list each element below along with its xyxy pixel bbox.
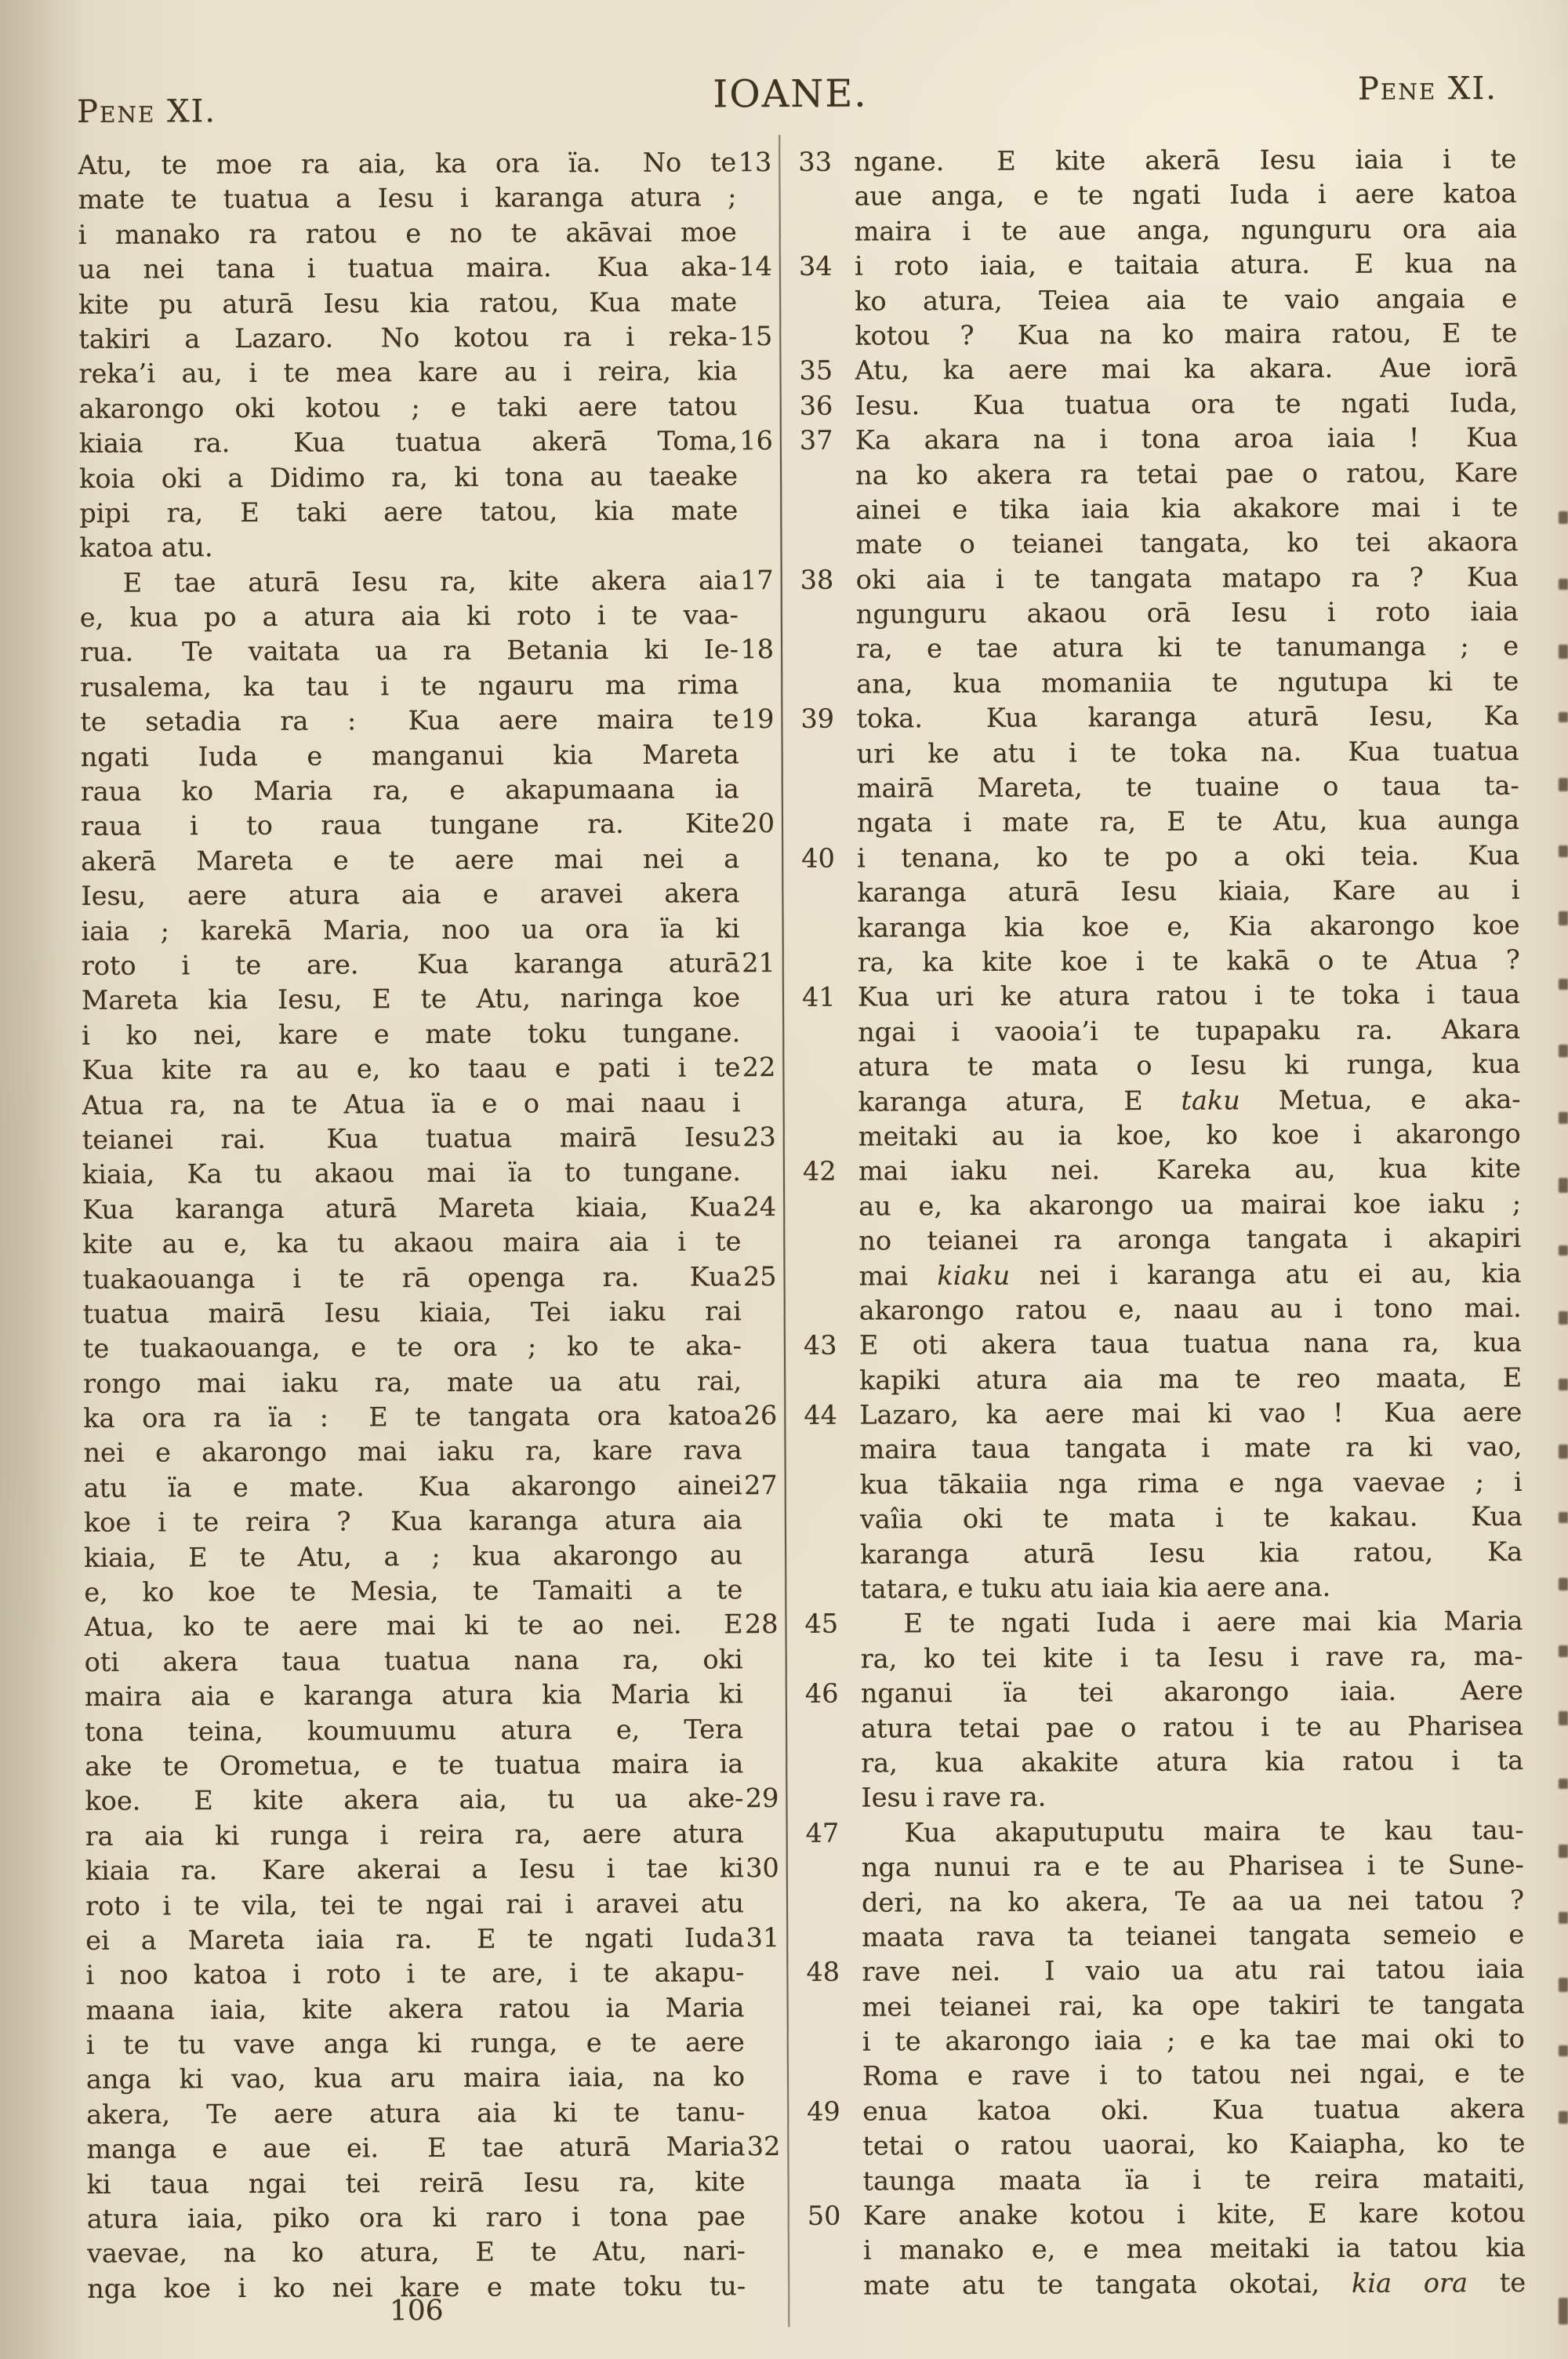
verse-text: karanga aturā Iesu kia ratou, Ka [860,1535,1523,1572]
text-line: atu ïa e mate. Kua akarongo ainei27 [84,1468,778,1506]
verse-text: takiri a Lazaro. No kotou ra i reka- [78,319,737,357]
verse-text: karanga aturā Iesu kiaia, Kare au i [857,873,1519,911]
text-line: 38oki aia i te tangata matapo ra ? Kua [799,560,1519,598]
verse-text: mate atu te tangata okotai, kia ora te [863,2266,1526,2303]
text-line: aue anga, e te ngati Iuda i aere katoa [797,176,1516,214]
text-line: 35Atu, ka aere mai ka akara. Aue iorā [797,351,1517,388]
verse-number [801,1120,858,1155]
verse-number: 27 [742,1468,778,1503]
verse-text: manga e aue ei. E tae aturā Maria [86,2129,745,2167]
text-line: ngai i vaooia’i te tupapaku ra. Akara [800,1012,1520,1050]
verse-number: 42 [801,1154,858,1190]
running-header-left: Pene XI. [77,93,216,130]
verse-text: maira i te aue anga, ngunguru ora aia [855,212,1517,249]
verse-number: 36 [798,388,855,423]
verse-number [802,1293,859,1329]
verse-text: rave nei. I vaio ua atu rai tatou iaia [862,1952,1524,1990]
edge-ink-fragment [1559,579,1568,590]
verse-text: Kua kite ra au e, ko taau e pati i te [82,1050,740,1088]
edge-ink-fragment [1559,712,1568,722]
verse-number [742,1294,777,1329]
text-line: i te akarongo iaia ; e ka tae mai oki to [805,2022,1525,2059]
verse-number [743,1747,779,1782]
verse-number [800,736,857,772]
verse-text: i te tu vave anga ki runga, e te aere [86,2025,745,2063]
text-line: E tae aturā Iesu ra, kite akera aia17 [80,563,774,601]
verse-text: E oti akera taua tuatua nana ra, kua [859,1325,1522,1363]
verse-text: akerā Mareta e te aere mai nei a [81,841,739,879]
verse-text: tatara, e tuku atu iaia kia aere ana. [860,1569,1523,1607]
verse-text: maata rava ta teianei tangata semeio e [862,1917,1524,1955]
edge-ink-fragment [1559,511,1568,524]
verse-number: 38 [799,562,856,598]
edge-ink-fragment [1559,1779,1568,1789]
edge-ink-fragment [1559,845,1568,857]
verse-text: mai kiaku nei i karanga atu ei au, kia [858,1256,1521,1293]
text-line: ngati Iuda e manganui kia Mareta [81,737,775,775]
verse-text: pipi ra, E taki aere tatou, kia mate [79,493,738,531]
verse-number [799,667,856,702]
verse-text: maira aia e karanga atura kia Maria ki [85,1677,743,1714]
verse-text: mate o teianei tangata, ko tei akaora [855,525,1518,562]
text-line: kua tākaiia nga rima e nga vaevae ; i [803,1465,1523,1503]
verse-number: 13 [736,145,771,180]
book-title-header: IOANE. [398,71,1182,118]
edge-ink-fragment [1559,1445,1568,1459]
verse-number [738,493,773,529]
verse-number [800,911,858,946]
verse-number [739,772,775,807]
text-line: kotou ? Kua na ko maira ratou, E te [797,316,1517,354]
text-line: kapiki atura aia ma te reo maata, E [802,1361,1522,1398]
verse-text: Ka akara na i tona aroa iaia ! Kua [855,420,1518,458]
edge-ink-fragment [1559,1379,1568,1390]
verse-number: 48 [804,1955,862,1990]
verse-text: tetai o ratou uaorai, ko Kaiapha, ko te [862,2126,1525,2164]
verse-number [801,1259,858,1294]
edge-ink-fragment [1559,1245,1568,1256]
verse-number [742,1329,777,1364]
verse-text: ngata i mate ra, E te Atu, kua aunga [857,803,1519,841]
text-line: 47Kua akaputuputu maira te kau tau- [804,1813,1524,1851]
verse-text: E tae aturā Iesu ra, kite akera aia [80,563,739,601]
edge-ink-fragment [1559,1711,1568,1725]
page-number: 106 [87,2293,746,2328]
verse-text: toka. Kua karanga aturā Iesu, Ka [856,699,1519,736]
verse-text: Mareta kia Iesu, E te Atu, naringa koe [82,981,740,1019]
verse-text: reka’i au, i te mea kare au i reira, kia [78,354,737,392]
text-line: anga ki vao, kua aru maira iaia, na ko [86,2060,780,2098]
verse-number [804,1781,861,1816]
verse-text: Atu, ka aere mai ka akara. Aue iorā [855,351,1517,388]
verse-number: 14 [737,249,772,285]
text-line: kiaia, Ka tu akaou mai ïa to tungane. [82,1154,776,1192]
text-line: ka ora ra ïa : E te tangata ora katoa26 [83,1398,777,1436]
verse-text: atura tetai pae o ratou i te au Pharisea [861,1708,1523,1746]
text-line: kite au e, ka tu akaou maira aia i te [82,1224,776,1262]
verse-number [741,1154,776,1190]
verse-number: 31 [744,1921,779,1956]
verse-number [800,1085,858,1120]
text-line: Atua, ko te aere mai ki te ao nei. E28 [84,1607,778,1645]
verse-number [744,1886,779,1921]
verse-text: raua i to raua tungane ra. Kite [81,807,739,845]
text-line: Atu, te moe ra aia, ka ora ïa. No te13 [78,145,771,183]
verse-text: te tuakaouanga, e te ora ; ko te aka- [83,1329,742,1367]
edge-ink-fragment [1559,1178,1568,1193]
verse-number: 25 [741,1259,776,1295]
text-line: 42mai iaku nei. Kareka au, kua kite [801,1151,1521,1189]
verse-number: 16 [738,423,773,459]
verse-text: maana iaia, kite akera ratou ia Maria [86,1990,745,2028]
edge-ink-fragment [1559,1912,1568,1924]
text-line: meitaki au ia koe, ko koe i akarongo [801,1117,1521,1154]
text-line: karanga aturā Iesu kia ratou, Ka [803,1535,1523,1572]
text-line: raua i to raua tungane ra. Kite20 [81,806,775,844]
verse-text: Atua, ko te aere mai ki te ao nei. E [84,1608,742,1645]
text-line: ana, kua momaniia te ngutupa ki te [799,664,1519,702]
verse-text: mai iaku nei. Kareka au, kua kite [858,1151,1521,1189]
verse-number [740,1085,775,1121]
text-line: 33ngane. E kite akerā Iesu iaia i te [797,142,1516,180]
verse-text: iaia ; karekā Maria, noo ua ora ïa ki [82,911,740,949]
verse-text: ana, kua momaniia te ngutupa ki te [856,664,1519,702]
verse-number [737,354,772,389]
column-divider-rule [779,135,789,2327]
verse-text: kua tākaiia nga rima e nga vaevae ; i [860,1465,1523,1503]
verse-text: i ko nei, kare e mate toku tungane. [82,1016,740,1053]
verse-number [804,1851,862,1886]
verse-number: 28 [742,1607,778,1642]
verse-number [805,2164,862,2199]
text-line: tetai o ratou uaorai, ko Kaiapha, ko te [805,2126,1525,2164]
verse-text: i roto iaia, e taitaia atura. E kua na [855,246,1517,284]
text-line: e, ko koe te Mesia, te Tamaiti a te [84,1572,778,1610]
verse-text: ngai i vaooia’i te tupapaku ra. Akara [858,1012,1520,1050]
verse-number: 32 [745,2129,780,2165]
verse-text: no teianei ra aronga tangata i akapiri [858,1221,1521,1259]
text-line: Atua ra, na te Atua ïa e o mai naau i [82,1085,775,1123]
text-line: takiri a Lazaro. No kotou ra i reka-15 [78,319,772,357]
verse-text: kiaia, E te Atu, a ; kua akarongo au [84,1538,742,1576]
verse-text: Kua uri ke atura ratou i te toka i taua [858,977,1520,1015]
verse-number [740,911,775,947]
verse-number [805,2129,862,2165]
verse-text: Iesu i rave ra. [861,1778,1523,1816]
text-line: atura iaia, piko ora ki raro i tona pae [87,2199,781,2237]
verse-text: ngunguru akaou orā Iesu i roto iaia [856,594,1519,632]
text-line: atura tetai pae o ratou i te au Pharisea [804,1708,1523,1746]
verse-number [742,1538,778,1573]
text-line: 43E oti akera taua tuatua nana ra, kua [802,1325,1522,1363]
text-line: 36Iesu. Kua tuatua ora te ngati Iuda, [798,386,1518,423]
verse-number [742,1572,778,1608]
verse-number [743,1677,779,1712]
text-line: Kua karanga aturā Mareta kiaia, Kua24 [82,1190,776,1227]
verse-text: kiaia ra. Kare akerai a Iesu i tae ki [85,1851,744,1888]
verse-number [805,2059,862,2095]
verse-number [738,389,773,424]
edge-ink-fragment [1559,1845,1568,1858]
verse-number [744,1816,779,1852]
verse-text: meitaki au ia koe, ko koe i akarongo [858,1117,1521,1154]
text-line: ainei e tika iaia kia akakore mai i te [798,490,1518,528]
verse-number [745,2025,780,2060]
verse-number [739,841,775,877]
verse-number [746,2269,781,2304]
verse-text: ua nei tana i tuatua maira. Kua aka- [78,249,737,287]
text-line: kiaia ra. Kua tuatua akerā Toma,16 [79,423,773,461]
text-line: raua ko Maria ra, e akapumaana ia [81,772,775,809]
text-line: mate o teianei tangata, ko tei akaora [798,525,1518,562]
verse-text: atura iaia, piko ora ki raro i tona pae [87,2199,746,2237]
verse-text: Atua ra, na te Atua ïa e o mai naau i [82,1085,740,1123]
text-line: nei e akarongo mai iaku ra, kare rava [83,1433,777,1470]
edge-ink-fragment [1559,1578,1568,1590]
verse-number: 50 [806,2199,863,2234]
text-line: e, kua po a atura aia ki roto i te vaa- [80,598,774,635]
verse-number: 24 [741,1190,776,1225]
text-line: 41Kua uri ke atura ratou i te toka i tau… [800,977,1520,1015]
text-line: koe i te reira ? Kua karanga atura aia [84,1503,778,1540]
text-line: maira i te aue anga, ngunguru ora aia [797,212,1517,249]
text-line: kiaia ra. Kare akerai a Iesu i tae ki30 [85,1851,779,1888]
verse-text: i manako e, e mea meitaki ia tatou kia [863,2230,1526,2268]
text-line: rusalema, ka tau i te ngauru ma rima [80,667,774,705]
text-line: ko atura, Teiea aia te vaio angaia e [797,281,1517,318]
verse-text: deri, na ko akera, Te aa ua nei tatou ? [862,1882,1524,1920]
edge-ink-fragment [1559,1645,1568,1657]
verse-text: ki taua ngai tei reirā Iesu ra, kite [86,2165,745,2202]
verse-text: rua. Te vaitata ua ra Betania ki Ie- [80,633,739,671]
text-line: maata rava ta teianei tangata semeio e [804,1917,1524,1955]
verse-number [797,319,855,354]
edge-ink-fragment [1559,1045,1568,1057]
verse-number [803,1572,860,1608]
text-line: atura te mata o Iesu ki runga, kua [800,1047,1520,1085]
text-line: tona teina, koumuumu atura e, Tera [85,1712,779,1750]
verse-number [742,1364,777,1399]
text-line: ei a Mareta iaia ra. E te ngati Iuda31 [85,1921,779,1958]
verse-text: ra, kua akakite atura kia ratou i ta [861,1743,1523,1781]
verse-number [804,1885,862,1921]
verse-number: 49 [805,2094,862,2129]
text-line: mate te tuatua a Iesu i karanga atura ; [78,180,771,217]
verse-text: mei teianei rai, ka ope takiri te tangat… [862,1987,1525,2025]
edge-ink-fragment [1559,2045,1568,2056]
verse-text: kite au e, ka tu akaou maira aia i te [82,1224,741,1262]
verse-number [804,1641,861,1677]
text-line: iaia ; karekā Maria, noo ua ora ïa ki [82,911,775,949]
text-line: Mareta kia Iesu, E te Atu, naringa koe [82,980,775,1018]
text-line: pipi ra, E taki aere tatou, kia mate [79,493,773,531]
verse-number: 37 [798,423,855,459]
verse-text: uri ke atu i te toka na. Kua tuatua [857,734,1519,772]
verse-number: 19 [739,702,774,737]
verse-number [736,180,771,215]
verse-text: oki aia i te tangata matapo ra ? Kua [856,560,1519,598]
verse-number: 35 [797,354,855,389]
verse-text: akera, Te aere atura aia ki te tanu- [86,2095,745,2132]
text-line: vaevae, na ko atura, E te Atu, nari- [87,2234,781,2271]
verse-number [800,1050,858,1085]
verse-text: koia oki a Didimo ra, ki tona au taeake [79,459,738,496]
text-line: vaîia oki te mata i te kakau. Kua [803,1499,1523,1537]
verse-text: Lazaro, ka aere mai ki vao ! Kua aere [859,1395,1522,1433]
verse-text: nei e akarongo mai iaku ra, kare rava [83,1434,742,1471]
verse-text: roto i te are. Kua karanga aturā [82,946,740,983]
verse-number [804,1711,861,1747]
edge-ink-fragment [1559,1311,1568,1325]
scanned-book-page: { "ink_color": "#41321f", "paper_color":… [0,0,1568,2359]
text-line: taunga maata ïa i te reira mataiti, [805,2161,1525,2199]
verse-number: 29 [743,1781,779,1816]
running-header-right: Pene XI. [1358,71,1497,107]
verse-number: 44 [802,1398,859,1434]
text-line: 50Kare anake kotou i kite, E kare kotou [806,2196,1526,2234]
verse-number [739,737,775,772]
text-line: maira taua tangata i mate ra ki vao, [802,1430,1522,1467]
verse-number [798,528,855,563]
text-line: Iesu i rave ra. [804,1778,1523,1816]
text-line: ngunguru akaou orā Iesu i roto iaia [799,594,1519,632]
verse-number: 47 [804,1816,862,1851]
verse-number [800,772,857,807]
text-line: roto i te vila, tei te ngai rai i aravei… [85,1886,779,1924]
verse-text: Kare anake kotou i kite, E kare kotou [863,2196,1526,2234]
verse-text: enua katoa oki. Kua tuatua akera [862,2092,1525,2129]
text-line: manga e aue ei. E tae aturā Maria32 [86,2129,780,2167]
verse-text: raua ko Maria ra, e akapumaana ia [81,772,739,809]
text-line: akera, Te aere atura aia ki te tanu- [86,2095,780,2132]
verse-number [799,632,856,667]
text-line: maana iaia, kite akera ratou ia Maria [86,1990,780,2028]
text-line: i manako e, e mea meitaki ia tatou kia [806,2230,1526,2268]
verse-text: karanga kia koe e, Kia akarongo koe [858,907,1520,945]
text-line: te setadia ra : Kua aere maira te19 [80,702,774,740]
verse-text: ngane. E kite akerā Iesu iaia i te [854,142,1516,180]
text-line: karanga kia koe e, Kia akarongo koe [800,907,1520,945]
verse-text: akarongo oki kotou ; e taki aere tatou [79,389,738,427]
verse-text: nga nunui ra e te au Pharisea i te Sune- [862,1848,1524,1885]
text-line: 46nganui ïa tei akarongo iaia. Aere [804,1674,1523,1711]
verse-text: maira taua tangata i mate ra ki vao, [859,1430,1522,1467]
verse-text: karanga atura, E taku Metua, e aka- [858,1081,1520,1119]
verse-text: Kua karanga aturā Mareta kiaia, Kua [82,1190,741,1227]
verse-text: oti akera taua tuatua nana ra, oki [85,1642,743,1680]
text-line: i noo katoa i roto i te are, i te akapu- [85,1955,779,1993]
text-line: mai kiaku nei i karanga atu ei au, kia [801,1256,1521,1293]
verse-text: katoa atu. [79,529,738,566]
text-column-left: Atu, te moe ra aia, ka ora ïa. No te13ma… [78,145,781,2306]
text-line: ra aia ki runga i reira ra, aere atura [85,1816,779,1854]
verse-number: 15 [737,319,772,354]
verse-number [803,1537,860,1572]
verse-text: Iesu, aere atura aia e aravei akera [81,876,739,914]
verse-text: kotou ? Kua na ko maira ratou, E te [855,316,1517,354]
verse-number [803,1503,860,1538]
verse-number [746,2199,781,2234]
verse-number [797,284,855,319]
text-line: tuatua mairā Iesu kiaia, Tei iaku rai [83,1294,777,1332]
verse-number: 20 [739,806,775,841]
verse-number: 30 [744,1851,779,1886]
verse-text: taunga maata ïa i te reira mataiti, [862,2161,1525,2199]
verse-number [740,1016,775,1051]
verse-number [743,1642,779,1677]
text-line: 49enua katoa oki. Kua tuatua akera [805,2092,1525,2129]
verse-number: 23 [741,1120,776,1155]
verse-text: rongo mai iaku ra, mate ua atu rai, [83,1364,742,1401]
verse-number [739,667,774,703]
verse-number: 43 [802,1329,859,1364]
verse-number [805,1990,862,2025]
verse-text: mairā Mareta, te tuaine o taua ta- [857,769,1519,806]
text-line: ngata i mate ra, E te Atu, kua aunga [800,803,1519,841]
verse-text: ka ora ra ïa : E te tangata ora katoa [83,1398,742,1436]
verse-number [738,459,773,494]
text-line: karanga atura, E taku Metua, e aka- [800,1081,1520,1119]
text-line: akarongo oki kotou ; e taki aere tatou [79,389,773,427]
text-line: ra, ko tei kite i ta Iesu i rave ra, ma- [804,1639,1523,1677]
text-line: i ko nei, kare e mate toku tungane. [82,1016,775,1053]
text-line: Roma e rave i to tatou nei ngai, e te [805,2056,1525,2094]
verse-text: ainei e tika iaia kia akakore mai i te [855,490,1518,528]
verse-number [801,1189,858,1224]
verse-text: ra, ka kite koe i te kakā o te Atua ? [858,943,1520,980]
text-line: kiaia, E te Atu, a ; kua akarongo au [84,1538,778,1576]
text-line: na ko akera ra tetai pae o ratou, Kare [798,455,1518,493]
verse-number [800,806,857,841]
text-line: koe. E kite akera aia, tu ua ake-29 [85,1781,779,1819]
verse-number [798,458,855,493]
text-line: au e, ka akarongo ua mairai koe iaku ; [801,1187,1521,1224]
text-line: reka’i au, i te mea kare au i reira, kia [78,354,772,391]
page-content: Pene XI. IOANE. Pene XI. Atu, te moe ra … [0,0,1568,2359]
verse-number: 39 [799,702,856,737]
verse-number [805,2025,862,2060]
text-line: oti akera taua tuatua nana ra, oki [85,1642,779,1680]
verse-text: mate te tuatua a Iesu i karanga atura ; [78,180,736,218]
verse-number [800,1015,858,1050]
verse-number [802,1363,859,1398]
verse-number [803,1467,860,1503]
text-line: karanga aturā Iesu kiaia, Kare au i [800,873,1519,911]
verse-number [797,214,855,249]
verse-text: tuatua mairā Iesu kiaia, Tei iaku rai [83,1294,742,1332]
text-line: ra, kua akakite atura kia ratou i ta [804,1743,1523,1781]
text-line: 48rave nei. I vaio ua atu rai tatou iaia [804,1952,1524,1990]
text-line: uri ke atu i te toka na. Kua tuatua [800,734,1519,772]
text-line: ua nei tana i tuatua maira. Kua aka-14 [78,249,772,287]
verse-text: e, kua po a atura aia ki roto i te vaa- [80,598,739,635]
text-line: 40i tenana, ko te po a oki teia. Kua [800,838,1519,876]
verse-number: 21 [740,946,775,981]
verse-text: rusalema, ka tau i te ngauru ma rima [80,667,739,705]
text-line: 39toka. Kua karanga aturā Iesu, Ka [799,699,1519,736]
text-line: tuakaouanga i te rā openga ra. Kua25 [82,1259,776,1297]
text-line: Iesu, aere atura aia e aravei akera [81,876,775,914]
verse-text: na ko akera ra tetai pae o ratou, Kare [855,455,1518,493]
verse-number [746,2234,781,2269]
verse-number [742,1433,777,1468]
verse-text: akarongo ratou e, naau au i tono mai. [859,1291,1522,1329]
verse-text: te setadia ra : Kua aere maira te [80,702,739,740]
text-line: ki taua ngai tei reirā Iesu ra, kite [86,2165,780,2202]
edge-ink-fragment [1559,2298,1568,2324]
edge-ink-fragment [1559,645,1568,659]
verse-text: e, ko koe te Mesia, te Tamaiti a te [84,1572,742,1610]
